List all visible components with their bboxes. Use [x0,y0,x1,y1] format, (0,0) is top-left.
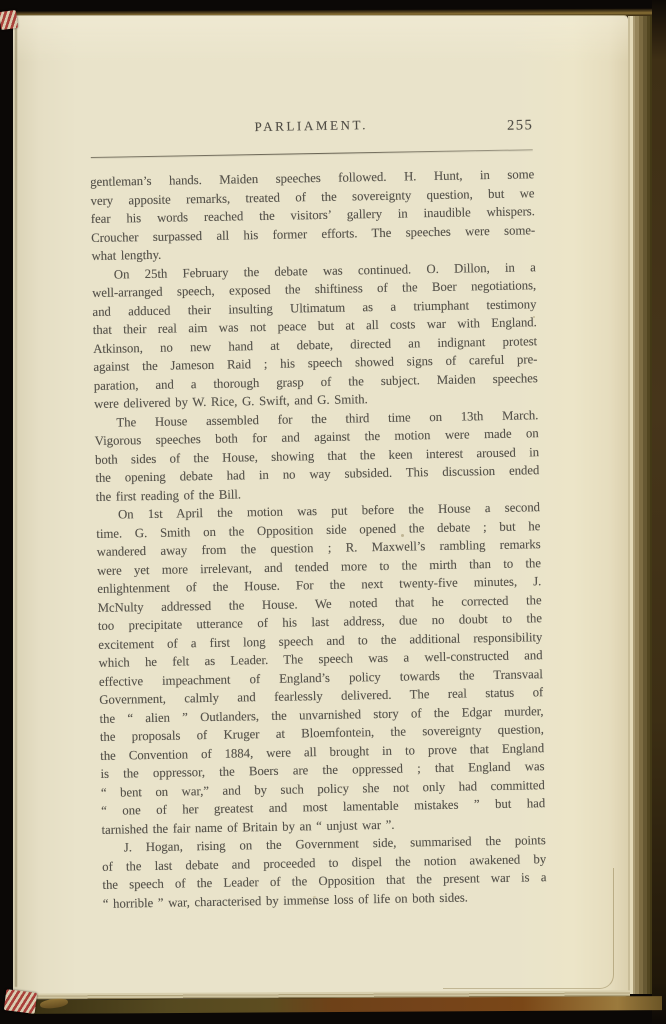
book-cover-right-edge [652,0,666,1024]
paragraph: gentleman’s hands. Maiden speeches follo… [90,165,536,265]
paragraph: The House assembled for the third time o… [94,406,540,506]
paragraph: On 25th February the debate was continue… [92,258,539,414]
header-rule [91,149,533,158]
page-number: 255 [507,117,534,134]
paragraph: On 1st April the motion was put before t… [96,498,546,839]
paragraph: J. Hogan, rising on the Government side,… [102,831,547,913]
body-text: gentleman’s hands. Maiden speeches follo… [90,165,547,913]
book-photo: { "document": { "running_title": "PARLIA… [0,0,666,1024]
book-cover-bottom-edge [28,996,662,1014]
running-title: PARLIAMENT. [254,117,368,135]
page-header: PARLIAMENT. 255 [89,104,534,162]
spine-headband-top [0,10,18,30]
fore-edge-page-stack [628,16,652,994]
page: PARLIAMENT. 255 gentleman’s hands. Maide… [13,15,628,998]
page-gutter-crease [15,24,17,987]
spine-headband-bottom [4,989,37,1014]
printed-content: PARLIAMENT. 255 gentleman’s hands. Maide… [89,104,534,162]
